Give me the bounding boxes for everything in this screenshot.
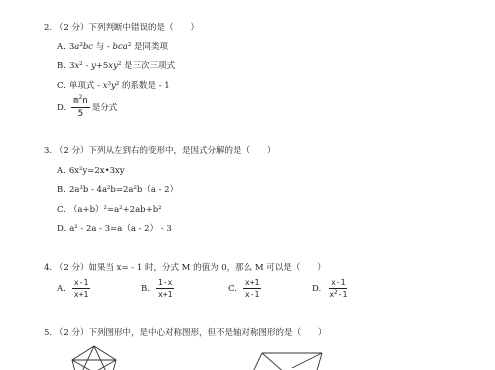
- fraction-denominator: x-1: [243, 289, 261, 299]
- option-text: （a+b）²=a²+2ab+b²: [69, 205, 162, 215]
- question-number: 3.: [44, 146, 52, 156]
- option-label: B.: [57, 185, 66, 195]
- question-prompt: 下列判断中错误的是（ ）: [88, 23, 199, 33]
- question-3-option-d: D.a² - 2a - 3=a（a - 2） - 3: [57, 223, 172, 235]
- question-3-option-a: A.6x²y=2x•3xy: [57, 165, 125, 177]
- question-3-header: 3. （2 分）下列从左到右的变形中，是因式分解的是（ ）: [44, 145, 275, 157]
- exam-page: 2. （2 分）下列判断中错误的是（ ） A.3a2bc 与 - bca2 是同…: [0, 0, 495, 370]
- pentagon-star-figure: [66, 344, 122, 370]
- expr-var: xy: [108, 61, 118, 71]
- question-points: （2 分）: [55, 23, 89, 33]
- expr-var: bc: [83, 42, 93, 52]
- fraction: x-1 x+1: [72, 278, 90, 299]
- fraction-denominator: 5: [76, 108, 85, 119]
- expr-var: bca: [113, 42, 128, 52]
- expr-part: 的系数是 - 1: [119, 81, 169, 91]
- option-text: a² - 2a - 3=a（a - 2） - 3: [69, 224, 172, 234]
- question-number: 2.: [44, 23, 52, 33]
- option-label: C.: [228, 284, 237, 294]
- option-label: C.: [57, 81, 66, 91]
- option-label: A.: [57, 42, 66, 52]
- option-label: B.: [141, 284, 150, 294]
- fraction-denominator: x+1: [156, 289, 174, 299]
- question-prompt: 下列从左到右的变形中，是因式分解的是（ ）: [88, 146, 275, 156]
- option-label: A.: [57, 284, 66, 294]
- option-label: D.: [312, 284, 321, 294]
- question-5-header: 5. （2 分）下列图形中，是中心对称图形，但不是轴对称图形的是（ ）: [44, 327, 326, 339]
- option-label: B.: [57, 61, 66, 71]
- question-number: 4.: [44, 263, 52, 273]
- question-2-header: 2. （2 分）下列判断中错误的是（ ）: [44, 22, 199, 34]
- question-points: （2 分）: [55, 328, 89, 338]
- question-number: 5.: [44, 328, 52, 338]
- expr-part: 与 -: [93, 42, 112, 52]
- question-3-option-b: B.2a³b - 4a²b=2a²b（a - 2）: [57, 184, 178, 196]
- question-4-header: 4. （2 分）如果当 x= - 1 时，分式 M 的值为 0，那么 M 可以是…: [44, 262, 326, 274]
- option-text: 6x²y=2x•3xy: [69, 166, 125, 176]
- question-prompt: 如果当 x= - 1 时，分式 M 的值为 0，那么 M 可以是（ ）: [88, 263, 325, 273]
- fraction-numerator: x-1: [72, 278, 90, 289]
- question-2-option-c: C.单项式 - x3y2 的系数是 - 1: [57, 80, 170, 92]
- expr-part: 单项式 -: [69, 81, 103, 91]
- fraction: x-1 x2-1: [327, 278, 349, 299]
- question-4-option-d: D. x-1 x2-1: [312, 278, 351, 299]
- question-4-option-c: C. x+1 x-1: [228, 278, 263, 299]
- question-4-option-a: A. x-1 x+1: [57, 278, 92, 299]
- fraction-numerator: x-1: [329, 278, 347, 289]
- question-4-option-b: B. 1-x x+1: [141, 278, 176, 299]
- parallelogram-figure: [250, 350, 330, 370]
- option-label: C.: [57, 205, 66, 215]
- den-tail: -1: [338, 290, 348, 299]
- option-text: 2a³b - 4a²b=2a²b（a - 2）: [69, 185, 178, 195]
- question-2-option-d: D. m2n 5 是分式: [57, 96, 117, 119]
- fraction-denominator: x2-1: [327, 289, 349, 299]
- question-2-option-b: B.3x2 - y+5xy2 是三次三项式: [57, 60, 175, 72]
- option-label: A.: [57, 166, 66, 176]
- fraction: x+1 x-1: [243, 278, 261, 299]
- fraction-numerator: m2n: [71, 96, 89, 108]
- question-3-option-c: C.（a+b）²=a²+2ab+b²: [57, 204, 162, 216]
- expr-part: +5: [96, 61, 109, 71]
- question-prompt: 下列图形中，是中心对称图形，但不是轴对称图形的是（ ）: [88, 328, 326, 338]
- fraction: 1-x x+1: [156, 278, 174, 299]
- expr-part: 是同类项: [131, 42, 168, 52]
- num-tail: n: [82, 96, 87, 106]
- expr-part: 是三次三项式: [121, 61, 175, 71]
- fraction-denominator: x+1: [72, 289, 90, 299]
- fraction: m2n 5: [71, 96, 89, 119]
- fraction-numerator: 1-x: [156, 278, 174, 289]
- expr-part: -: [83, 61, 91, 71]
- question-points: （2 分）: [55, 263, 89, 273]
- question-2-option-a: A.3a2bc 与 - bca2 是同类项: [57, 41, 168, 53]
- question-points: （2 分）: [55, 146, 89, 156]
- fraction-numerator: x+1: [243, 278, 261, 289]
- question-4-options: A. x-1 x+1 B. 1-x x+1 C. x+1 x-1 D. x-1: [57, 278, 477, 304]
- option-label: D.: [57, 102, 66, 114]
- option-label: D.: [57, 224, 66, 234]
- option-suffix: 是分式: [92, 102, 118, 114]
